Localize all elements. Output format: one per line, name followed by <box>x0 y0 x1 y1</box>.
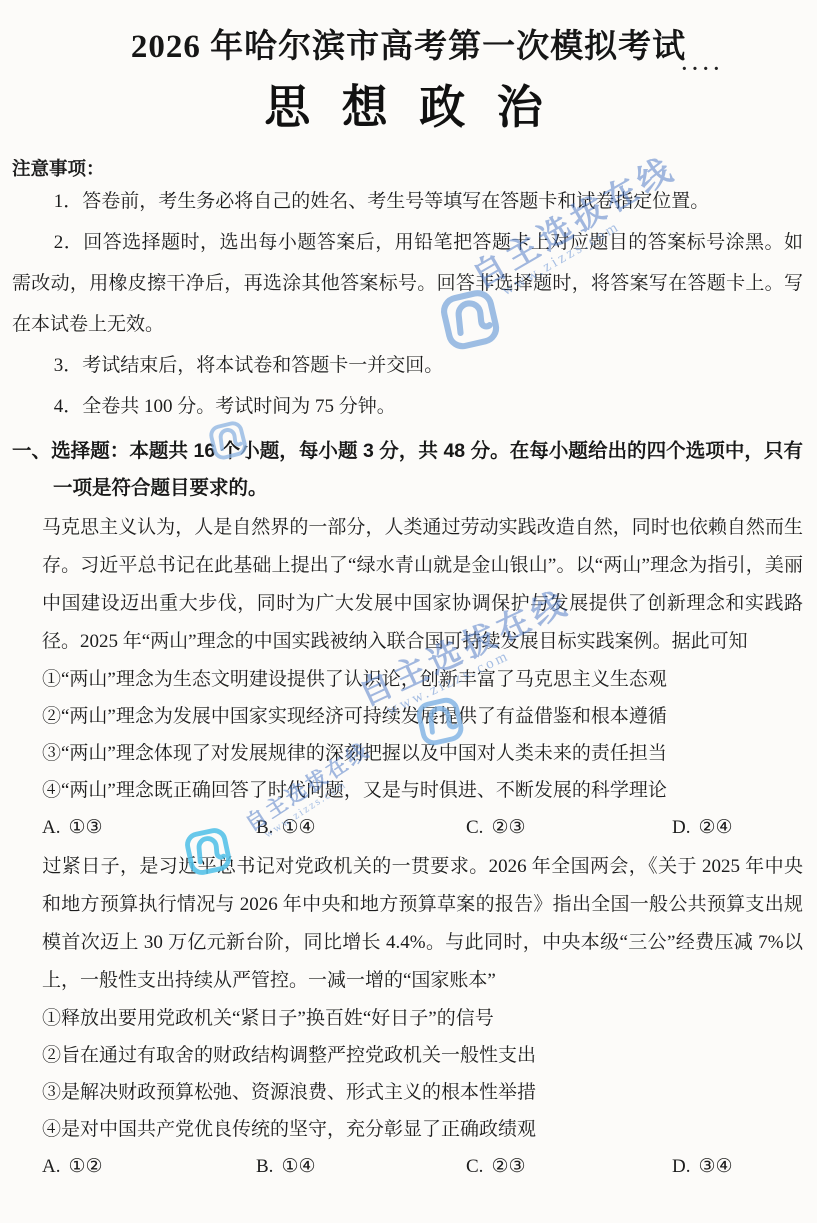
answer-value: ①③ <box>68 817 102 838</box>
notice-item-3: 3．考试结束后，将本试卷和答题卡一并交回。 <box>12 345 803 386</box>
answer-value: ①② <box>68 1156 102 1177</box>
question-number: 1. <box>12 509 42 547</box>
answer-option-d: D.②④ <box>672 809 803 846</box>
answer-label: D. <box>672 1156 690 1177</box>
question-stem: 1.马克思主义认为，人是自然界的一部分，人类通过劳动实践改造自然，同时也依赖自然… <box>12 509 803 661</box>
answer-label: A. <box>42 817 60 838</box>
choice-option-3: ③“两山”理念体现了对发展规律的深刻把握以及中国对人类未来的责任担当 <box>12 735 803 772</box>
answer-value: ①④ <box>281 1156 315 1177</box>
answer-label: B. <box>256 1156 273 1177</box>
exam-title: 2026 年哈尔滨市高考第一次模拟考试 <box>0 0 817 67</box>
section-heading: 一、选择题：本题共 16 个小题，每小题 3 分，共 48 分。在每小题给出的四… <box>12 433 803 507</box>
answer-label: C. <box>466 1156 483 1177</box>
choice-option-4: ④是对中国共产党优良传统的坚守，充分彰显了正确政绩观 <box>12 1111 803 1148</box>
answer-label: C. <box>466 817 483 838</box>
notice-heading: 注意事项： <box>12 155 803 181</box>
choice-option-1: ①“两山”理念为生态文明建设提供了认识论，创新丰富了马克思主义生态观 <box>12 661 803 698</box>
answer-option-c: C.②③ <box>466 809 672 846</box>
answer-option-b: B.①④ <box>256 1148 466 1185</box>
answer-option-b: B.①④ <box>256 809 466 846</box>
question-stem-text: 马克思主义认为，人是自然界的一部分，人类通过劳动实践改造自然，同时也依赖自然而生… <box>42 517 803 652</box>
question-1: 1.马克思主义认为，人是自然界的一部分，人类通过劳动实践改造自然，同时也依赖自然… <box>12 509 803 846</box>
answer-option-a: A.①② <box>42 1148 256 1185</box>
choice-option-3: ③是解决财政预算松弛、资源浪费、形式主义的根本性举措 <box>12 1074 803 1111</box>
answer-label: D. <box>672 817 690 838</box>
notice-item-2: 2．回答选择题时，选出每小题答案后，用铅笔把答题卡上对应题目的答案标号涂黑。如需… <box>12 222 803 345</box>
question-number: 2. <box>12 848 42 886</box>
choice-option-2: ②“两山”理念为发展中国家实现经济可持续发展提供了有益借鉴和根本遵循 <box>12 698 803 735</box>
answer-value: ①④ <box>281 817 315 838</box>
answer-option-a: A.①③ <box>42 809 256 846</box>
choice-option-4: ④“两山”理念既正确回答了时代问题，又是与时俱进、不断发展的科学理论 <box>12 772 803 809</box>
answer-value: ②③ <box>491 1156 525 1177</box>
question-stem: 2.过紧日子，是习近平总书记对党政机关的一贯要求。2026 年全国两会，《关于 … <box>12 848 803 1000</box>
answer-option-c: C.②③ <box>466 1148 672 1185</box>
question-stem-text: 过紧日子，是习近平总书记对党政机关的一贯要求。2026 年全国两会，《关于 20… <box>42 856 803 991</box>
notice-item-4: 4．全卷共 100 分。考试时间为 75 分钟。 <box>12 386 803 427</box>
exam-paper-page: 2026 年哈尔滨市高考第一次模拟考试 ···· 思 想 政 治 注意事项： 1… <box>0 0 817 1223</box>
answer-row: A.①③ B.①④ C.②③ D.②④ <box>12 809 803 846</box>
answer-value: ③④ <box>698 1156 732 1177</box>
answer-option-d: D.③④ <box>672 1148 803 1185</box>
answer-row: A.①② B.①④ C.②③ D.③④ <box>12 1148 803 1185</box>
question-2: 2.过紧日子，是习近平总书记对党政机关的一贯要求。2026 年全国两会，《关于 … <box>12 848 803 1185</box>
answer-value: ②③ <box>491 817 525 838</box>
answer-label: A. <box>42 1156 60 1177</box>
choice-option-2: ②旨在通过有取舍的财政结构调整严控党政机关一般性支出 <box>12 1037 803 1074</box>
notice-item-1: 1．答卷前，考生务必将自己的姓名、考生号等填写在答题卡和试卷指定位置。 <box>12 181 803 222</box>
choice-option-1: ①释放出要用党政机关“紧日子”换百姓“好日子”的信号 <box>12 1000 803 1037</box>
answer-label: B. <box>256 817 273 838</box>
title-emphasis-dots: ···· <box>681 58 724 81</box>
answer-value: ②④ <box>698 817 732 838</box>
